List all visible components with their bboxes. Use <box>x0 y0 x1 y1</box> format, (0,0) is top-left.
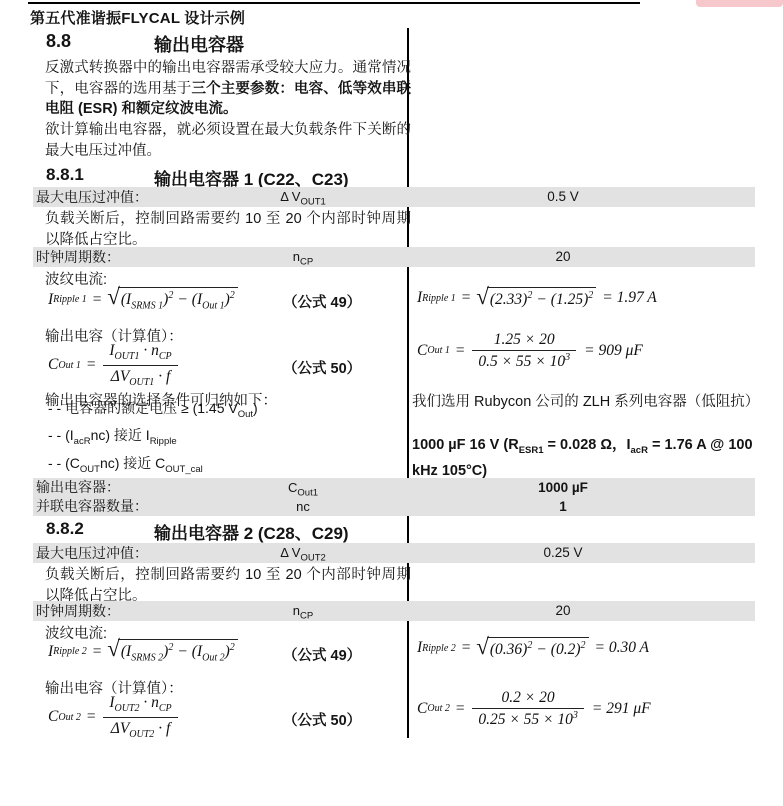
load-off-paragraph-2: 负载关断后，控制回路需要约 10 至 20 个内部时钟周期以降低占空比。 <box>45 565 411 606</box>
equation-cout1-definition: COut 1=IOUT1 · nCPΔVOUT1 · f <box>48 341 180 389</box>
list-item: - - (IacRnc) 接近 IRipple <box>48 425 258 452</box>
term-exp: 3 <box>573 710 578 721</box>
numerator: 1.25 × 20 <box>472 330 576 351</box>
intro-paragraph: 反激式转换器中的输出电容器需承受较大应力。通常情况下，电容器的选用基于三个主要参… <box>45 58 411 120</box>
term-sub: CP <box>159 703 172 714</box>
row-value: 20 <box>393 247 733 267</box>
formula-50-tag: （公式 50） <box>283 709 361 730</box>
denominator: ΔVOUT2 · f <box>103 718 177 742</box>
spec-sub: acR <box>631 445 648 456</box>
row-label: 时钟周期数： <box>36 247 120 267</box>
term-sub: OUT1 <box>129 377 154 388</box>
ripple-current-label-1: 波纹电流: <box>45 268 107 289</box>
term-exp: 2 <box>168 290 173 301</box>
denominator: ΔVOUT1 · f <box>103 366 177 390</box>
row-value: 1 <box>393 497 733 516</box>
term-exp: 2 <box>527 290 532 301</box>
equation-ripple2-definition: IRipple 2=√(ISRMS 2)2−(IOut 2)2 <box>48 639 238 664</box>
symbol-base: Δ V <box>280 545 300 560</box>
symbol-base: n <box>293 249 300 264</box>
dot-operator: · <box>154 368 166 385</box>
radicand: (0.36)2−(0.2)2 <box>487 637 589 660</box>
section-number: 8.8.2 <box>46 519 154 544</box>
eq-result: = 1.97 A <box>602 289 657 307</box>
term-sub: Out 1 <box>202 300 225 311</box>
term: (0.36) <box>490 641 527 658</box>
document-header: 第五代准谐振FLYCAL 设计示例 <box>30 7 245 28</box>
bullet-sub: acR <box>74 436 91 447</box>
fraction: IOUT2 · nCPΔVOUT2 · f <box>103 693 177 741</box>
eq-lhs: C <box>48 356 58 374</box>
term-exp: 2 <box>230 642 235 653</box>
row-value: 0.25 V <box>393 543 733 563</box>
term-sub: SRMS 2 <box>131 652 163 663</box>
term: (I <box>192 291 202 308</box>
symbol-sub: OUT2 <box>300 553 325 564</box>
term-sub: SRMS 1 <box>131 300 163 311</box>
symbol-sub: OUT1 <box>300 197 325 208</box>
eq-lhs-sub: Ripple 1 <box>53 294 87 305</box>
load-off-paragraph-1: 负载关断后，控制回路需要约 10 至 20 个内部时钟周期以降低占空比。 <box>45 209 411 250</box>
fraction: IOUT1 · nCPΔVOUT1 · f <box>103 341 177 389</box>
square-root: √(0.36)2−(0.2)2 <box>476 637 588 660</box>
formula-49-tag: （公式 49） <box>283 644 361 665</box>
equals-sign: = <box>461 639 471 657</box>
equation-cout1-value: COut 1=1.25 × 200.5 × 55 × 103= 909 μF <box>417 330 643 372</box>
term-exp: 2 <box>581 640 586 651</box>
eq-result: = 291 μF <box>592 700 651 718</box>
row-symbol: nCP <box>213 601 393 627</box>
equals-sign: = <box>92 643 102 661</box>
bullet-sub: OUT <box>80 463 100 474</box>
capacitor-spec-note: 1000 µF 16 V (RESR1 = 0.028 Ω，IacR = 1.7… <box>412 435 768 483</box>
term: (I <box>121 291 131 308</box>
term-exp: 2 <box>168 642 173 653</box>
radicand: (2.33)2−(1.25)2 <box>487 287 596 310</box>
eq-result: = 0.30 A <box>595 639 650 657</box>
eq-lhs-sub: Ripple 1 <box>422 293 456 304</box>
eq-lhs: C <box>48 708 58 726</box>
term: (1.25) <box>551 291 588 308</box>
term: ΔV <box>111 720 130 737</box>
equals-sign: = <box>455 342 465 360</box>
minus-sign: − <box>536 291 546 308</box>
equation-cout2-definition: COut 2=IOUT2 · nCPΔVOUT2 · f <box>48 693 180 741</box>
radicand: (ISRMS 2)2−(IOut 2)2 <box>118 639 238 664</box>
calc-intro-paragraph: 欲计算输出电容器，就必须设置在最大负载条件下关断的最大电压过冲值。 <box>45 120 411 161</box>
equals-sign: = <box>455 700 465 718</box>
equation-ripple1-value: IRipple 1=√(2.33)2−(1.25)2= 1.97 A <box>417 287 657 310</box>
eq-lhs-sub: Out 1 <box>427 345 450 356</box>
eq-lhs-sub: Out 2 <box>427 703 450 714</box>
table-row-overshoot-1: 最大电压过冲值： Δ VOUT1 0.5 V <box>33 187 755 207</box>
bullet-text: - - 电容器的额定电压 ≥ (1.45 V <box>48 400 238 416</box>
row-label: 最大电压过冲值： <box>36 187 148 207</box>
row-value: 0.5 V <box>393 187 733 207</box>
row-value: 20 <box>393 601 733 621</box>
term: 0.5 × 55 × 10 <box>478 354 565 371</box>
row-label: 并联电容器数量： <box>36 497 148 516</box>
table-row-clock-1: 时钟周期数： nCP 20 <box>33 247 755 267</box>
equals-sign: = <box>86 708 96 726</box>
section-title: 输出电容器 <box>154 31 244 57</box>
eq-lhs-sub: Ripple 2 <box>53 646 87 657</box>
table-row-clock-2: 时钟周期数： nCP 20 <box>33 601 755 621</box>
minus-sign: − <box>536 641 546 658</box>
term-exp: 2 <box>588 290 593 301</box>
bullet-sub: Out <box>238 409 253 420</box>
term: ΔV <box>111 368 130 385</box>
row-label: 输出电容器： <box>36 478 120 497</box>
term-exp: 2 <box>527 640 532 651</box>
term: f <box>166 368 170 385</box>
eq-lhs-sub: Out 2 <box>58 712 81 723</box>
term: (I <box>192 643 202 660</box>
red-corner-mark <box>696 0 783 7</box>
table-row-overshoot-2: 最大电压过冲值： Δ VOUT2 0.25 V <box>33 543 755 563</box>
square-root: √(2.33)2−(1.25)2 <box>476 287 596 310</box>
formula-50-tag: （公式 50） <box>283 357 361 378</box>
bullet-text: - - (C <box>48 455 80 471</box>
eq-lhs: C <box>417 342 427 360</box>
capacitor-choice-note: 我们选用 Rubycon 公司的 ZLH 系列电容器（低阻抗） <box>412 392 756 414</box>
dot-operator: · <box>140 342 152 359</box>
minus-sign: − <box>177 643 187 660</box>
row-label: 时钟周期数： <box>36 601 120 621</box>
term-sub: OUT2 <box>114 703 139 714</box>
symbol-sub: CP <box>300 611 313 622</box>
equation-ripple2-value: IRipple 2=√(0.36)2−(0.2)2= 0.30 A <box>417 637 649 660</box>
term-sub: OUT1 <box>114 351 139 362</box>
symbol-base: n <box>293 603 300 618</box>
equation-cout2-value: COut 2=0.2 × 200.25 × 55 × 103= 291 μF <box>417 688 651 730</box>
eq-lhs: C <box>417 700 427 718</box>
term-sub: OUT2 <box>129 729 154 740</box>
bullet-text: ) <box>253 400 258 416</box>
equals-sign: = <box>86 356 96 374</box>
term: n <box>151 694 159 711</box>
row-symbol: nCP <box>213 247 393 273</box>
term-sub: Out 2 <box>202 652 225 663</box>
section-8-8-2-heading: 8.8.2 输出电容器 2 (C28、C29) <box>46 519 349 544</box>
term-sub: CP <box>159 351 172 362</box>
symbol-sub: CP <box>300 257 313 268</box>
bullet-sub: Ripple <box>150 436 177 447</box>
spec-text: 1000 µF 16 V (R <box>412 437 519 453</box>
list-item: - - 电容器的额定电压 ≥ (1.45 VOut) <box>48 398 258 425</box>
numerator: IOUT2 · nCP <box>103 693 177 718</box>
radicand: (ISRMS 1)2−(IOut 1)2 <box>118 287 238 312</box>
equals-sign: = <box>461 289 471 307</box>
spec-sub: ESR1 <box>519 445 544 456</box>
minus-sign: − <box>177 291 187 308</box>
symbol-base: Δ V <box>280 189 300 204</box>
term: (I <box>121 643 131 660</box>
term: (0.2) <box>551 641 581 658</box>
header-rule <box>28 2 640 4</box>
term: (2.33) <box>490 291 527 308</box>
formula-49-tag: （公式 49） <box>283 291 361 312</box>
section-8-8-heading: 8.8 输出电容器 <box>46 31 244 57</box>
symbol-base: C <box>288 480 297 495</box>
section-number: 8.8 <box>46 31 154 57</box>
numerator: 0.2 × 20 <box>472 688 584 709</box>
denominator: 0.25 × 55 × 103 <box>472 709 584 730</box>
list-item: - - (COUTnc) 接近 COUT_cal <box>48 453 258 480</box>
table-row-parallel-count: 并联电容器数量： nc 1 <box>33 497 755 516</box>
dot-operator: · <box>140 694 152 711</box>
eq-lhs-sub: Ripple 2 <box>422 643 456 654</box>
term-exp: 3 <box>565 352 570 363</box>
term: f <box>166 720 170 737</box>
bullet-text: nc) 接近 C <box>100 455 165 471</box>
term: n <box>151 342 159 359</box>
fraction: 1.25 × 200.5 × 55 × 103 <box>472 330 576 372</box>
denominator: 0.5 × 55 × 103 <box>472 351 576 372</box>
row-symbol: nc <box>213 497 393 516</box>
eq-result: = 909 μF <box>584 342 643 360</box>
equals-sign: = <box>92 291 102 309</box>
symbol-base: nc <box>296 499 310 514</box>
eq-lhs-sub: Out 1 <box>58 360 81 371</box>
bullet-text: nc) 接近 I <box>91 427 150 443</box>
fraction: 0.2 × 200.25 × 55 × 103 <box>472 688 584 730</box>
term-exp: 2 <box>230 290 235 301</box>
square-root: √(ISRMS 1)2−(IOut 1)2 <box>107 287 238 312</box>
section-title: 输出电容器 2 (C28、C29) <box>154 519 349 544</box>
term: 0.25 × 55 × 10 <box>478 712 573 729</box>
square-root: √(ISRMS 2)2−(IOut 2)2 <box>107 639 238 664</box>
spec-text: = 0.028 Ω，I <box>544 437 631 453</box>
equation-ripple1-definition: IRipple 1=√(ISRMS 1)2−(IOut 1)2 <box>48 287 238 312</box>
dot-operator: · <box>154 720 166 737</box>
bullet-text: - - (I <box>48 427 74 443</box>
numerator: IOUT1 · nCP <box>103 341 177 366</box>
bullet-sub: OUT_cal <box>165 463 202 474</box>
document-page: 第五代准谐振FLYCAL 设计示例 8.8 输出电容器 反激式转换器中的输出电容… <box>0 0 783 806</box>
row-label: 最大电压过冲值： <box>36 543 148 563</box>
